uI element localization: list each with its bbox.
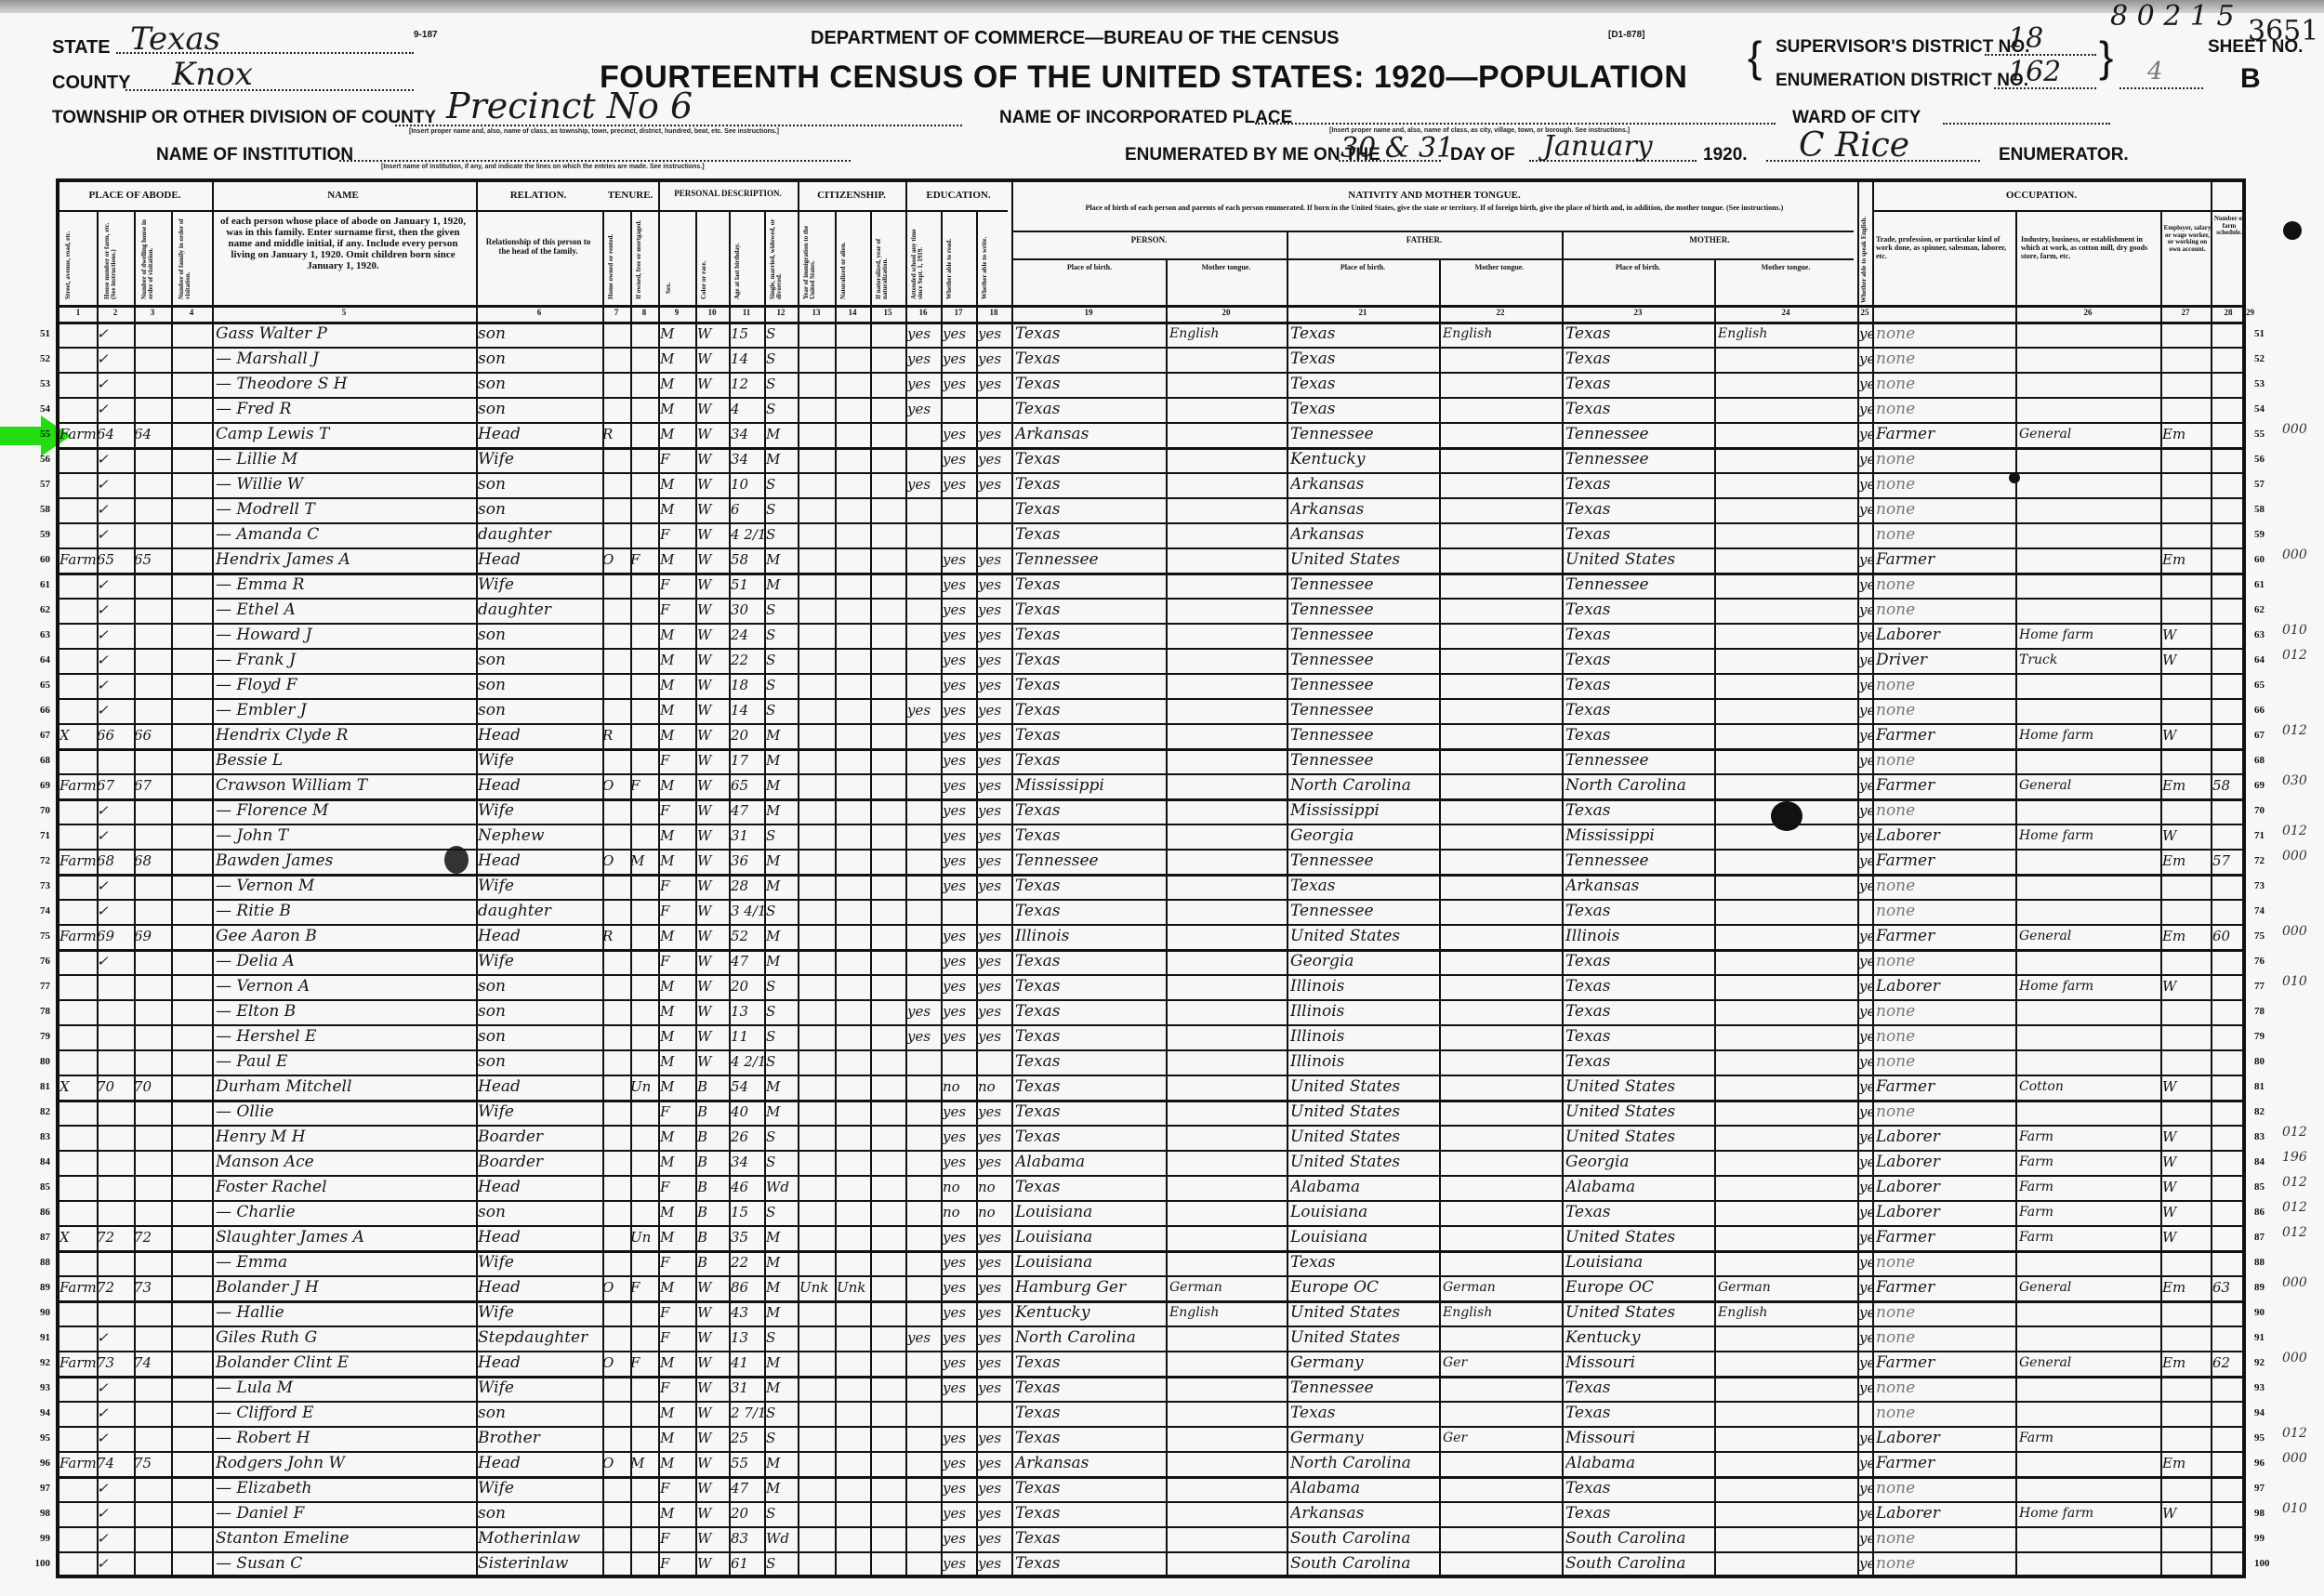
cell-mort [630, 723, 658, 748]
header-c29: Number of farm schedule. [2212, 216, 2246, 237]
table-row[interactable]: ✓— Frank JsonMW22SyesyesTexasTennesseeTe… [59, 648, 2246, 673]
cell-age: 43 [731, 1300, 764, 1326]
cell-industry [2019, 849, 2160, 874]
cell-farm [2212, 1150, 2246, 1175]
line-number-right: 85 [2254, 1181, 2282, 1193]
table-row[interactable]: ✓— Vernon MWifeFW28MyesyesTexasTexasArka… [59, 874, 2246, 899]
enumerated-day: 30 & 31 [1340, 132, 1454, 165]
cell-nat [837, 723, 870, 748]
line-number-left: 80 [22, 1056, 50, 1067]
line-number-left: 68 [22, 755, 50, 766]
cell-read: yes [943, 1551, 976, 1576]
cell-industry [2019, 1250, 2160, 1275]
table-row[interactable]: ✓— Embler JsonMW14SyesyesyesTexasTenness… [59, 698, 2246, 723]
cell-natyr [872, 1225, 905, 1250]
cell-emp: Em [2162, 924, 2211, 949]
cell-read: yes [943, 974, 976, 999]
cell-mbp: Texas [1565, 497, 1714, 522]
cell-occupation: Farmer [1876, 547, 2015, 573]
cell-mtongue [1718, 397, 1857, 422]
cell-read: yes [943, 1125, 976, 1150]
cell-imm [799, 648, 835, 673]
cell-write: yes [978, 648, 1011, 673]
cell-age: 13 [731, 1326, 764, 1351]
table-row[interactable]: X7272Slaughter James AHeadUnMB35MyesyesL… [59, 1225, 2246, 1250]
cell-industry: Home farm [2019, 723, 2160, 748]
cell-write: yes [978, 798, 1011, 824]
cell-farm [2212, 422, 2246, 447]
table-row[interactable]: ✓— Florence MWifeFW47MyesyesTexasMississ… [59, 798, 2246, 824]
cell-occupation: none [1876, 748, 2015, 773]
cell-street [59, 1426, 97, 1451]
cell-ftongue [1443, 1100, 1562, 1125]
cell-mtongue [1718, 447, 1857, 472]
cell-nat [837, 1200, 870, 1225]
cell-natyr [872, 824, 905, 849]
cell-read: yes [943, 924, 976, 949]
cell-dwelling [134, 1326, 171, 1351]
cell-name: — Vernon A [216, 974, 476, 999]
cell-bp: Texas [1015, 472, 1166, 497]
cell-sex: M [660, 648, 695, 673]
cell-family [171, 1250, 212, 1275]
cell-family [171, 497, 212, 522]
cell-family [171, 1024, 212, 1049]
cell-color: W [697, 1401, 729, 1426]
table-row[interactable]: ✓— Marshall JsonMW14SyesyesyesTexasTexas… [59, 347, 2246, 372]
cell-write: yes [978, 1275, 1011, 1300]
cell-mtongue [1718, 949, 1857, 974]
cell-school [907, 1275, 941, 1300]
cell-ftongue [1443, 1125, 1562, 1150]
cell-imm [799, 974, 835, 999]
cell-mort: F [630, 773, 658, 798]
table-row[interactable]: ✓— Ritie BdaughterFW3 4/12STexasTennesse… [59, 899, 2246, 924]
cell-industry [2019, 673, 2160, 698]
enumerator-label: ENUMERATOR. [1999, 145, 2129, 165]
cell-bp: Texas [1015, 874, 1166, 899]
cell-mtongue [1718, 1075, 1857, 1100]
cell-occupation: none [1876, 472, 2015, 497]
cell-color: W [697, 547, 729, 573]
cell-family [171, 397, 212, 422]
cell-bp: Texas [1015, 1125, 1166, 1150]
cell-emp [2162, 497, 2211, 522]
table-row[interactable]: ✓Stanton EmelineMotherinlawFW83WdyesyesT… [59, 1526, 2246, 1551]
cell-farm [2212, 1075, 2246, 1100]
cell-school [907, 1376, 941, 1401]
table-row[interactable]: ✓— Clifford EsonMW2 7/12STexasTexasTexas… [59, 1401, 2246, 1426]
cell-school [907, 1075, 941, 1100]
cell-family [171, 648, 212, 673]
cell-school [907, 1300, 941, 1326]
table-row[interactable]: — Elton BsonMW13SyesyesyesTexasIllinoisT… [59, 999, 2246, 1024]
cell-dwelling [134, 1024, 171, 1049]
cell-sex: M [660, 547, 695, 573]
cell-age: 6 [731, 497, 764, 522]
incorporated-label: NAME OF INCORPORATED PLACE [999, 108, 1292, 128]
cell-family [171, 547, 212, 573]
cell-occupation: none [1876, 372, 2015, 397]
cell-mbp: Texas [1565, 974, 1714, 999]
table-row[interactable]: Farm6969Gee Aaron BHeadRMW52MyesyesIllin… [59, 924, 2246, 949]
cell-english: yes [1859, 1326, 1872, 1351]
cell-school [907, 497, 941, 522]
cell-read [943, 899, 976, 924]
cell-marital: M [766, 849, 798, 874]
cell-write: yes [978, 623, 1011, 648]
line-number-right: 100 [2254, 1558, 2282, 1569]
line-number-right: 97 [2254, 1483, 2282, 1494]
cell-family [171, 773, 212, 798]
row-divider [59, 1576, 2242, 1578]
table-row[interactable]: Farm6767Crawson William THeadOFMW65Myesy… [59, 773, 2246, 798]
cell-sex: M [660, 372, 695, 397]
table-row[interactable]: — EmmaWifeFB22MyesyesLouisianaTexasLouis… [59, 1250, 2246, 1275]
table-row[interactable]: Farm7475Rodgers John WHeadOMMW55MyesyesA… [59, 1451, 2246, 1476]
cell-mort [630, 322, 658, 347]
table-row[interactable]: ✓— Delia AWifeFW47MyesyesTexasGeorgiaTex… [59, 949, 2246, 974]
table-row[interactable]: ✓— Fred RsonMW4SyesTexasTexasTexasyesnon… [59, 397, 2246, 422]
cell-read: no [943, 1075, 976, 1100]
cell-emp [2162, 999, 2211, 1024]
state-label: STATE [52, 37, 111, 59]
cell-color: W [697, 824, 729, 849]
margin-note: 012 [2282, 723, 2307, 738]
line-number-right: 66 [2254, 705, 2282, 716]
cell-tongue [1169, 547, 1287, 573]
cell-industry [2019, 397, 2160, 422]
margin-note: 012 [2282, 1426, 2307, 1441]
cell-mtongue [1718, 522, 1857, 547]
cell-age: 51 [731, 573, 764, 598]
cell-tongue [1169, 1225, 1287, 1250]
cell-sex: F [660, 1300, 695, 1326]
table-row[interactable]: ✓— John TNephewMW31SyesyesTexasGeorgiaMi… [59, 824, 2246, 849]
cell-read: yes [943, 1250, 976, 1275]
table-row[interactable]: — CharliesonMB15SnonoLouisianaLouisianaT… [59, 1200, 2246, 1225]
cell-house: 64 [97, 422, 134, 447]
cell-relation: Motherinlaw [478, 1526, 602, 1551]
cell-own: O [602, 1351, 630, 1376]
cell-mbp: Texas [1565, 1476, 1714, 1501]
table-row[interactable]: ✓— Modrell TsonMW6STexasArkansasTexasyes… [59, 497, 2246, 522]
cell-house: ✓ [97, 598, 134, 623]
table-row[interactable]: — Paul EsonMW4 2/12STexasIllinoisTexasye… [59, 1049, 2246, 1075]
cell-relation: son [478, 1024, 602, 1049]
table-row[interactable]: X7070Durham MitchellHeadUnMB54MnonoTexas… [59, 1075, 2246, 1100]
cell-ftongue: Ger [1443, 1426, 1562, 1451]
column-number: 6 [476, 308, 602, 317]
cell-farm [2212, 723, 2246, 748]
cell-read: yes [943, 1024, 976, 1049]
cell-nat [837, 397, 870, 422]
cell-write [978, 522, 1011, 547]
line-number-left: 81 [22, 1081, 50, 1092]
table-row[interactable]: ✓— Emma RWifeFW51MyesyesTexasTennesseeTe… [59, 573, 2246, 598]
cell-natyr [872, 899, 905, 924]
cell-farm: 58 [2212, 773, 2246, 798]
table-row[interactable]: ✓— Lillie MWifeFW34MyesyesTexasKentuckyT… [59, 447, 2246, 472]
cell-name: Giles Ruth G [216, 1326, 476, 1351]
line-number-right: 89 [2254, 1282, 2282, 1293]
cell-sex: M [660, 1075, 695, 1100]
cell-nat [837, 1100, 870, 1125]
table-row[interactable]: ✓— ElizabethWifeFW47MyesyesTexasAlabamaT… [59, 1476, 2246, 1501]
cell-school [907, 1175, 941, 1200]
table-row[interactable]: — Hershel EsonMW11SyesyesyesTexasIllinoi… [59, 1024, 2246, 1049]
cell-sex: F [660, 573, 695, 598]
cell-imm [799, 472, 835, 497]
cell-family [171, 1351, 212, 1376]
cell-industry [2019, 1401, 2160, 1426]
cell-imm [799, 949, 835, 974]
cell-write: yes [978, 999, 1011, 1024]
column-number: 12 [764, 308, 798, 317]
cell-mtongue [1718, 1476, 1857, 1501]
header-c1: Street, avenue, road, etc. [65, 216, 72, 299]
cell-relation: son [478, 1401, 602, 1426]
cell-industry [2019, 698, 2160, 723]
cell-english: yes [1859, 1175, 1872, 1200]
cell-family [171, 824, 212, 849]
cell-marital: M [766, 422, 798, 447]
cell-house [97, 1049, 134, 1075]
cell-natyr [872, 1125, 905, 1150]
cell-family [171, 522, 212, 547]
margin-note: 012 [2282, 648, 2307, 663]
cell-dwelling: 67 [134, 773, 171, 798]
line-number-left: 79 [22, 1031, 50, 1042]
table-row[interactable]: — OllieWifeFB40MyesyesTexasUnited States… [59, 1100, 2246, 1125]
cell-relation: Wife [478, 748, 602, 773]
line-number-left: 97 [22, 1483, 50, 1494]
cell-name: Bawden James [216, 849, 476, 874]
cell-name: — Ollie [216, 1100, 476, 1125]
cell-english: yes [1859, 497, 1872, 522]
cell-mbp: Missouri [1565, 1426, 1714, 1451]
cell-natyr [872, 1075, 905, 1100]
cell-industry [2019, 547, 2160, 573]
cell-mbp: Texas [1565, 397, 1714, 422]
cell-natyr [872, 573, 905, 598]
table-row[interactable]: Henry M HBoarderMB26SyesyesTexasUnited S… [59, 1125, 2246, 1150]
header-divider [59, 210, 1008, 212]
cell-ftongue [1443, 1376, 1562, 1401]
header-c12: Single, married, widowed, or divorced. [770, 216, 783, 299]
cell-marital: S [766, 397, 798, 422]
table-row[interactable]: Manson AceBoarderMB34SyesyesAlabamaUnite… [59, 1150, 2246, 1175]
cell-mtongue: English [1718, 322, 1857, 347]
cell-own [602, 522, 630, 547]
table-row[interactable]: — HallieWifeFW43MyesyesKentuckyEnglishUn… [59, 1300, 2246, 1326]
cell-school [907, 1401, 941, 1426]
cell-relation: Head [478, 1351, 602, 1376]
line-number-right: 96 [2254, 1458, 2282, 1469]
table-row[interactable]: ✓— Susan CSisterinlawFW61SyesyesTexasSou… [59, 1551, 2246, 1576]
table-row[interactable]: X6666Hendrix Clyde RHeadRMW20MyesyesTexa… [59, 723, 2246, 748]
line-number-left: 71 [22, 830, 50, 841]
cell-house: ✓ [97, 1376, 134, 1401]
cell-read: yes [943, 547, 976, 573]
cell-industry [2019, 347, 2160, 372]
cell-color: W [697, 1426, 729, 1451]
margin-note: 010 [2282, 974, 2307, 989]
cell-own [602, 698, 630, 723]
cell-industry: Home farm [2019, 1501, 2160, 1526]
cell-family [171, 1476, 212, 1501]
cell-emp: W [2162, 1200, 2211, 1225]
cell-house: ✓ [97, 1551, 134, 1576]
cell-school [907, 874, 941, 899]
cell-farm [2212, 547, 2246, 573]
cell-natyr [872, 1275, 905, 1300]
table-row[interactable]: ✓— Floyd FsonMW18SyesyesTexasTennesseeTe… [59, 673, 2246, 698]
table-row[interactable]: ✓— Robert HBrotherMW25SyesyesTexasGerman… [59, 1426, 2246, 1451]
cell-emp: Em [2162, 547, 2211, 573]
cell-relation: son [478, 472, 602, 497]
line-number-left: 92 [22, 1357, 50, 1368]
cell-color: B [697, 1100, 729, 1125]
table-row[interactable]: Farm7273Bolander J HHeadOFMW86MUnkUnkyes… [59, 1275, 2246, 1300]
header-c28: Employer, salary or wage worker, or work… [2162, 225, 2212, 254]
cell-occupation: Farmer [1876, 773, 2015, 798]
cell-mbp: United States [1565, 547, 1714, 573]
table-row[interactable]: ✓— Daniel FsonMW20SyesyesTexasArkansasTe… [59, 1501, 2246, 1526]
line-number-left: 55 [22, 429, 50, 440]
cell-read: yes [943, 1300, 976, 1326]
header-c25: Whether able to speak English. [1861, 191, 1868, 303]
cell-mort [630, 924, 658, 949]
cell-house: 72 [97, 1225, 134, 1250]
cell-imm [799, 1326, 835, 1351]
ink-blot [1771, 801, 1802, 831]
table-row[interactable]: Foster RachelHeadFB46WdnonoTexasAlabamaA… [59, 1175, 2246, 1200]
line-number-left: 95 [22, 1432, 50, 1444]
cell-sex: M [660, 723, 695, 748]
cell-own [602, 673, 630, 698]
cell-write: yes [978, 1326, 1011, 1351]
cell-marital: M [766, 1275, 798, 1300]
cell-dwelling [134, 347, 171, 372]
line-number-left: 94 [22, 1407, 50, 1418]
cell-house: ✓ [97, 447, 134, 472]
cell-street [59, 1024, 97, 1049]
cell-natyr [872, 372, 905, 397]
cell-name: — Ethel A [216, 598, 476, 623]
cell-name: — Clifford E [216, 1401, 476, 1426]
cell-occupation: Farmer [1876, 1075, 2015, 1100]
cell-tongue [1169, 874, 1287, 899]
cell-mort [630, 497, 658, 522]
cell-farm [2212, 1376, 2246, 1401]
table-row[interactable]: Farm6565Hendrix James AHeadOFMW58Myesyes… [59, 547, 2246, 573]
cell-industry [2019, 1376, 2160, 1401]
table-row[interactable]: ✓— Howard JsonMW24SyesyesTexasTennesseeT… [59, 623, 2246, 648]
cell-own [602, 1401, 630, 1426]
cell-mort [630, 1125, 658, 1150]
table-row[interactable]: ✓— Willie WsonMW10SyesyesyesTexasArkansa… [59, 472, 2246, 497]
cell-bp: Texas [1015, 798, 1166, 824]
cell-dwelling [134, 472, 171, 497]
left-brace: { [1748, 32, 1762, 82]
cell-ftongue [1443, 598, 1562, 623]
column-number: 8 [630, 308, 658, 317]
table-row[interactable]: Bessie LWifeFW17MyesyesTexasTennesseeTen… [59, 748, 2246, 773]
cell-own [602, 1250, 630, 1275]
cell-house [97, 1250, 134, 1275]
cell-color: W [697, 372, 729, 397]
cell-sex: F [660, 1100, 695, 1125]
table-row[interactable]: ✓— Lula MWifeFW31MyesyesTexasTennesseeTe… [59, 1376, 2246, 1401]
cell-family [171, 1426, 212, 1451]
cell-street: Farm [59, 1451, 97, 1476]
line-number-right: 61 [2254, 579, 2282, 590]
line-number-left: 65 [22, 679, 50, 691]
cell-family [171, 974, 212, 999]
cell-sex: M [660, 497, 695, 522]
cell-bp: Texas [1015, 1175, 1166, 1200]
cell-own: O [602, 1451, 630, 1476]
cell-age: 40 [731, 1100, 764, 1125]
table-row[interactable]: Farm7374Bolander Clint EHeadOFMW41Myesye… [59, 1351, 2246, 1376]
cell-tongue [1169, 573, 1287, 598]
cell-age: 34 [731, 447, 764, 472]
cell-name: — Howard J [216, 623, 476, 648]
cell-fbp: Illinois [1290, 999, 1439, 1024]
cell-name: Foster Rachel [216, 1175, 476, 1200]
cell-dwelling [134, 648, 171, 673]
table-row[interactable]: Farm6464Camp Lewis THeadRMW34MyesyesArka… [59, 422, 2246, 447]
table-row[interactable]: ✓Gass Walter PsonMW15SyesyesyesTexasEngl… [59, 322, 2246, 347]
cell-tongue [1169, 598, 1287, 623]
cell-nat [837, 1225, 870, 1250]
cell-school: yes [907, 1326, 941, 1351]
cell-dwelling [134, 1100, 171, 1125]
table-row[interactable]: — Vernon AsonMW20SyesyesTexasIllinoisTex… [59, 974, 2246, 999]
cell-ftongue [1443, 874, 1562, 899]
cell-farm [2212, 1401, 2246, 1426]
cell-read: yes [943, 322, 976, 347]
cell-color: W [697, 1451, 729, 1476]
table-row[interactable]: ✓— Ethel AdaughterFW30SyesyesTexasTennes… [59, 598, 2246, 623]
cell-farm [2212, 824, 2246, 849]
cell-industry: General [2019, 773, 2160, 798]
table-row[interactable]: ✓— Amanda CdaughterFW4 2/12STexasArkansa… [59, 522, 2246, 547]
cell-occupation: none [1876, 874, 2015, 899]
cell-occupation: none [1876, 949, 2015, 974]
cell-sex: F [660, 598, 695, 623]
cell-emp [2162, 698, 2211, 723]
cell-sex: F [660, 1526, 695, 1551]
column-number: 26 [2015, 308, 2160, 317]
cell-mtongue [1718, 1326, 1857, 1351]
column-number: 14 [835, 308, 870, 317]
cell-own [602, 1100, 630, 1125]
cell-name: — Hershel E [216, 1024, 476, 1049]
cell-name: — Elton B [216, 999, 476, 1024]
table-row[interactable]: Farm6868Bawden JamesHeadOMMW36MyesyesTen… [59, 849, 2246, 874]
cell-emp [2162, 598, 2211, 623]
cell-mort [630, 874, 658, 899]
cell-house: ✓ [97, 347, 134, 372]
cell-fbp: Georgia [1290, 824, 1439, 849]
table-row[interactable]: ✓Giles Ruth GStepdaughterFW13SyesyesyesN… [59, 1326, 2246, 1351]
cell-industry [2019, 798, 2160, 824]
cell-house: 73 [97, 1351, 134, 1376]
table-row[interactable]: ✓— Theodore S HsonMW12SyesyesyesTexasTex… [59, 372, 2246, 397]
cell-school [907, 1049, 941, 1075]
